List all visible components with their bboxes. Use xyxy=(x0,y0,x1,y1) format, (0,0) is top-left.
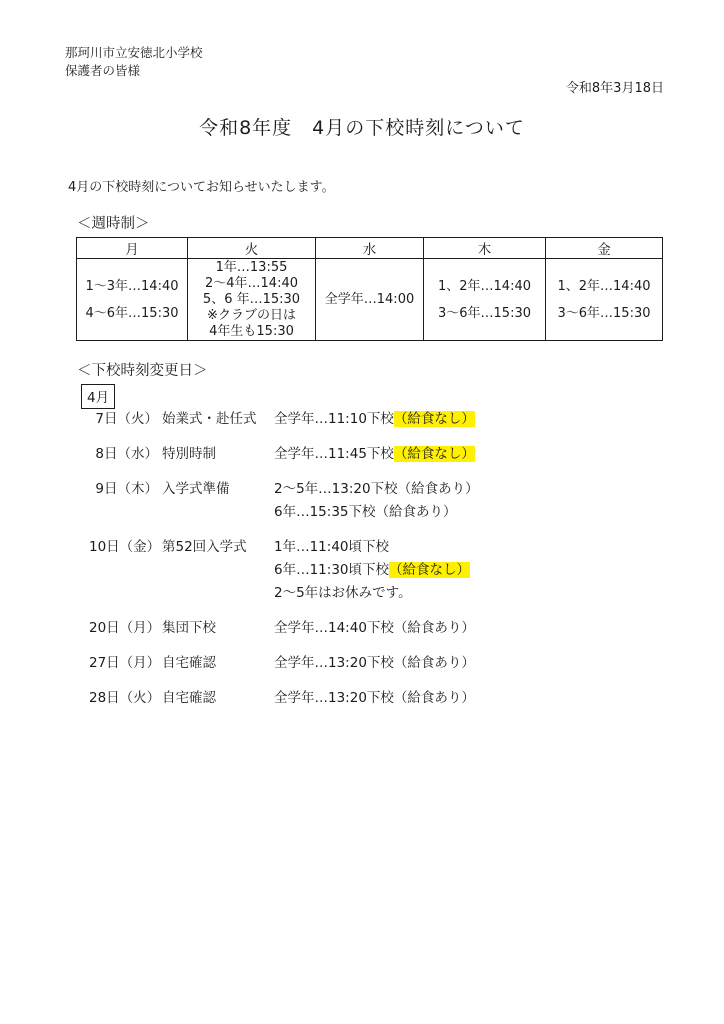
change-date: 9日（木） xyxy=(89,478,158,524)
change-date: 10日（金） xyxy=(89,536,158,605)
time-line: 全学年…13:20下校（給食あり） xyxy=(274,687,475,710)
table-header-row: 月 火 水 木 金 xyxy=(77,238,663,259)
letter-header: 那珂川市立安徳北小学校 保護者の皆様 xyxy=(65,44,203,80)
change-row: 20日（月） 集団下校 全学年…14:40下校（給食あり） xyxy=(89,617,479,640)
cell-monday: 1～3年…14:40 4～6年…15:30 xyxy=(77,259,188,341)
time-text: 全学年…13:20下校（給食あり） xyxy=(274,690,475,706)
change-date: 7日（火） xyxy=(89,408,158,431)
club-day-note: 4年生も15:30 xyxy=(188,324,315,340)
time-line: 全学年…11:45下校（給食なし） xyxy=(274,443,475,466)
no-lunch-highlight: （給食なし） xyxy=(394,411,475,427)
time-text: 1年…11:40頃下校 xyxy=(274,539,389,555)
no-lunch-highlight: （給食なし） xyxy=(394,446,475,462)
change-times: 全学年…11:10下校（給食なし） xyxy=(274,408,475,431)
school-name: 那珂川市立安徳北小学校 xyxy=(65,44,203,62)
time-text: 全学年…11:45下校 xyxy=(274,446,394,462)
time-line: 6年…11:30頃下校（給食なし） xyxy=(274,559,470,582)
change-row: 7日（火） 始業式・赴任式 全学年…11:10下校（給食なし） xyxy=(89,408,479,431)
change-row: 28日（火） 自宅確認 全学年…13:20下校（給食あり） xyxy=(89,687,479,710)
change-times: 1年…11:40頃下校 6年…11:30頃下校（給食なし） 2～5年はお休みです… xyxy=(274,536,470,605)
dismissal-time: 3～6年…15:30 xyxy=(424,300,545,327)
time-text: 2～5年…13:20下校（給食あり） xyxy=(274,481,479,497)
time-text: 6年…11:30頃下校 xyxy=(274,562,389,578)
time-text: 6年…15:35下校（給食あり） xyxy=(274,504,457,520)
intro-text: 4月の下校時刻についてお知らせいたします。 xyxy=(68,176,335,195)
change-event: 第52回入学式 xyxy=(162,536,274,605)
addressee: 保護者の皆様 xyxy=(65,62,203,80)
cell-wednesday: 全学年…14:00 xyxy=(316,259,424,341)
time-text: 全学年…11:10下校 xyxy=(274,411,394,427)
dismissal-time: 2～4年…14:40 xyxy=(188,276,315,292)
change-event: 自宅確認 xyxy=(162,687,274,710)
change-date: 28日（火） xyxy=(89,687,158,710)
change-times: 全学年…13:20下校（給食あり） xyxy=(274,687,475,710)
change-event: 始業式・赴任式 xyxy=(162,408,274,431)
time-line: 全学年…11:10下校（給食なし） xyxy=(274,408,475,431)
time-text: 全学年…13:20下校（給食あり） xyxy=(274,655,475,671)
table-body-row: 1～3年…14:40 4～6年…15:30 1年…13:55 2～4年…14:4… xyxy=(77,259,663,341)
document-page: 那珂川市立安徳北小学校 保護者の皆様 令和8年3月18日 令和8年度 4月の下校… xyxy=(0,0,724,1024)
change-times: 全学年…13:20下校（給食あり） xyxy=(274,652,475,675)
dismissal-time: 1年…13:55 xyxy=(188,260,315,276)
dismissal-time: 3～6年…15:30 xyxy=(546,300,662,327)
change-row: 8日（水） 特別時制 全学年…11:45下校（給食なし） xyxy=(89,443,479,466)
dismissal-time: 1～3年…14:40 xyxy=(77,273,187,300)
time-line: 全学年…14:40下校（給食あり） xyxy=(274,617,475,640)
cell-thursday: 1、2年…14:40 3～6年…15:30 xyxy=(424,259,546,341)
change-date: 20日（月） xyxy=(89,617,158,640)
change-event: 自宅確認 xyxy=(162,652,274,675)
time-text: 全学年…14:40下校（給食あり） xyxy=(274,620,475,636)
change-event: 特別時制 xyxy=(162,443,274,466)
time-line: 1年…11:40頃下校 xyxy=(274,536,470,559)
column-header-tuesday: 火 xyxy=(188,238,316,259)
changes-section-label: ＜下校時刻変更日＞ xyxy=(77,359,208,380)
change-row: 10日（金） 第52回入学式 1年…11:40頃下校 6年…11:30頃下校（給… xyxy=(89,536,479,605)
dismissal-time: 5、6 年…15:30 xyxy=(188,292,315,308)
column-header-thursday: 木 xyxy=(424,238,546,259)
time-line: 6年…15:35下校（給食あり） xyxy=(274,501,479,524)
dismissal-time: 1、2年…14:40 xyxy=(424,273,545,300)
time-line: 全学年…13:20下校（給食あり） xyxy=(274,652,475,675)
change-row: 27日（月） 自宅確認 全学年…13:20下校（給食あり） xyxy=(89,652,479,675)
month-label: 4月 xyxy=(81,384,115,409)
change-times: 全学年…11:45下校（給食なし） xyxy=(274,443,475,466)
document-date: 令和8年3月18日 xyxy=(566,77,664,96)
change-times: 2～5年…13:20下校（給食あり） 6年…15:35下校（給食あり） xyxy=(274,478,479,524)
change-event: 入学式準備 xyxy=(162,478,274,524)
change-date: 27日（月） xyxy=(89,652,158,675)
cell-friday: 1、2年…14:40 3～6年…15:30 xyxy=(546,259,663,341)
dismissal-time: 4～6年…15:30 xyxy=(77,300,187,327)
dismissal-time: 全学年…14:00 xyxy=(316,292,423,308)
time-text: 2～5年はお休みです。 xyxy=(274,585,412,601)
no-lunch-highlight: （給食なし） xyxy=(389,562,470,578)
change-times: 全学年…14:40下校（給食あり） xyxy=(274,617,475,640)
cell-tuesday: 1年…13:55 2～4年…14:40 5、6 年…15:30 ※クラブの日は … xyxy=(188,259,316,341)
column-header-wednesday: 水 xyxy=(316,238,424,259)
changes-list: 7日（火） 始業式・赴任式 全学年…11:10下校（給食なし） 8日（水） 特別… xyxy=(89,408,479,722)
time-line: 2～5年…13:20下校（給食あり） xyxy=(274,478,479,501)
weekly-schedule-table: 月 火 水 木 金 1～3年…14:40 4～6年…15:30 1年…13:55… xyxy=(76,237,663,341)
dismissal-time: 1、2年…14:40 xyxy=(546,273,662,300)
club-day-note: ※クラブの日は xyxy=(188,308,315,324)
column-header-friday: 金 xyxy=(546,238,663,259)
change-event: 集団下校 xyxy=(162,617,274,640)
time-line: 2～5年はお休みです。 xyxy=(274,582,470,605)
page-title: 令和8年度 4月の下校時刻について xyxy=(0,113,724,140)
column-header-monday: 月 xyxy=(77,238,188,259)
change-date: 8日（水） xyxy=(89,443,158,466)
weekly-section-label: ＜週時制＞ xyxy=(77,212,150,233)
change-row: 9日（木） 入学式準備 2～5年…13:20下校（給食あり） 6年…15:35下… xyxy=(89,478,479,524)
